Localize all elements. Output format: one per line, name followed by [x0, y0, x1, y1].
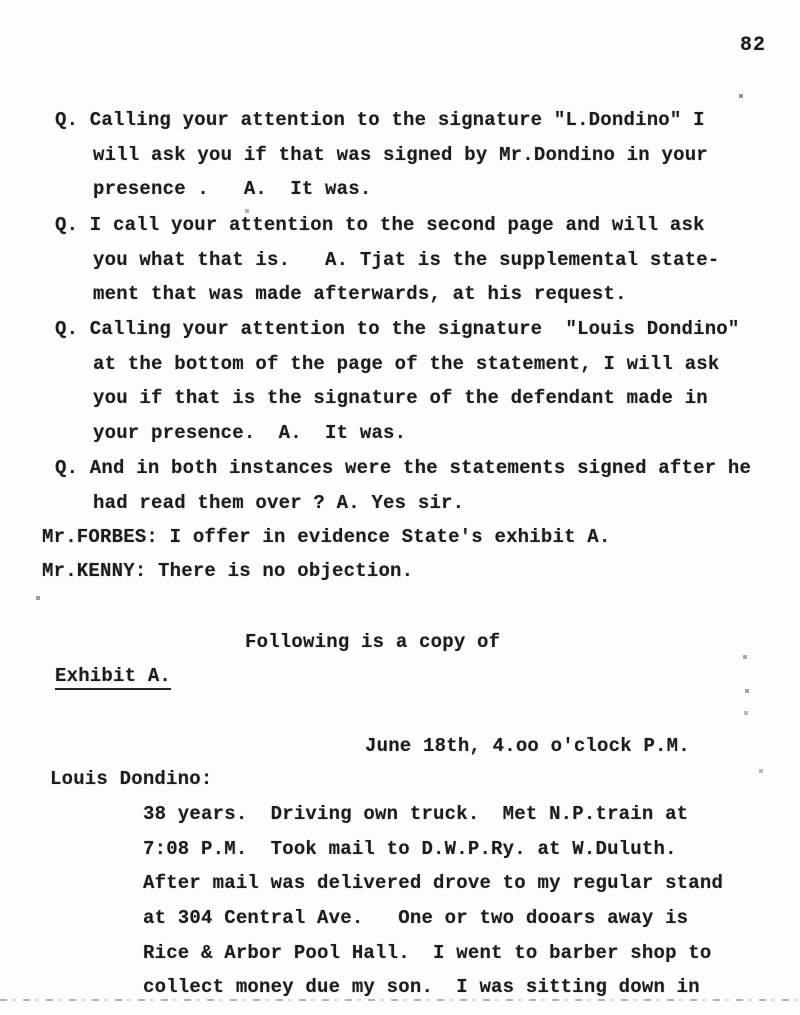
qa-line: Q. Calling your attention to the signatu…: [55, 103, 708, 138]
qa-line: presence . A. It was.: [93, 172, 708, 207]
qa-line: had read them over ? A. Yes sir.: [93, 486, 751, 521]
exhibit-heading: Exhibit A.: [55, 659, 171, 694]
page-number-text: 82: [740, 29, 766, 64]
qa-line: will ask you if that was signed by Mr.Do…: [93, 138, 708, 173]
scan-artifact-specks: [0, 0, 2, 2]
qa-line: at the bottom of the page of the stateme…: [93, 347, 740, 382]
exhibit-intro-text: Following is a copy of: [245, 625, 500, 660]
qa-block-1: Q. Calling your attention to the signatu…: [55, 103, 708, 207]
statement-line: Rice & Arbor Pool Hall. I went to barber…: [143, 936, 723, 971]
statement-line: After mail was delivered drove to my reg…: [143, 866, 723, 901]
statement-line: at 304 Central Ave. One or two dooars aw…: [143, 901, 723, 936]
exhibit-heading-text: Exhibit A.: [55, 665, 171, 690]
qa-line: your presence. A. It was.: [93, 416, 740, 451]
forbes-statement: Mr.FORBES: I offer in evidence State's e…: [42, 520, 611, 555]
document-page: 82 Q. Calling your attention to the sign…: [0, 0, 800, 1015]
page-number: 82: [740, 29, 766, 64]
qa-block-2: Q. I call your attention to the second p…: [55, 208, 720, 312]
scan-artifact-dashed-line: [0, 999, 800, 1001]
exhibit-declarant-text: Louis Dondino:: [50, 762, 212, 797]
exhibit-declarant: Louis Dondino:: [50, 762, 212, 797]
qa-line: Q. I call your attention to the second p…: [55, 208, 720, 243]
exhibit-intro: Following is a copy of: [245, 625, 500, 660]
exhibit-dateline-text: June 18th, 4.oo o'clock P.M.: [365, 729, 690, 764]
attorney-line: Mr.KENNY: There is no objection.: [42, 554, 413, 589]
statement-line: 38 years. Driving own truck. Met N.P.tra…: [143, 797, 723, 832]
qa-block-4: Q. And in both instances were the statem…: [55, 451, 751, 520]
qa-line: you what that is. A. Tjat is the supplem…: [93, 243, 720, 278]
exhibit-statement: 38 years. Driving own truck. Met N.P.tra…: [143, 797, 723, 1005]
statement-line: 7:08 P.M. Took mail to D.W.P.Ry. at W.Du…: [143, 832, 723, 867]
qa-block-3: Q. Calling your attention to the signatu…: [55, 312, 740, 451]
qa-line: Q. Calling your attention to the signatu…: [55, 312, 740, 347]
exhibit-dateline: June 18th, 4.oo o'clock P.M.: [365, 729, 690, 764]
kenny-statement: Mr.KENNY: There is no objection.: [42, 554, 413, 589]
attorney-line: Mr.FORBES: I offer in evidence State's e…: [42, 520, 611, 555]
qa-line: Q. And in both instances were the statem…: [55, 451, 751, 486]
qa-line: ment that was made afterwards, at his re…: [93, 277, 720, 312]
qa-line: you if that is the signature of the defe…: [93, 381, 740, 416]
